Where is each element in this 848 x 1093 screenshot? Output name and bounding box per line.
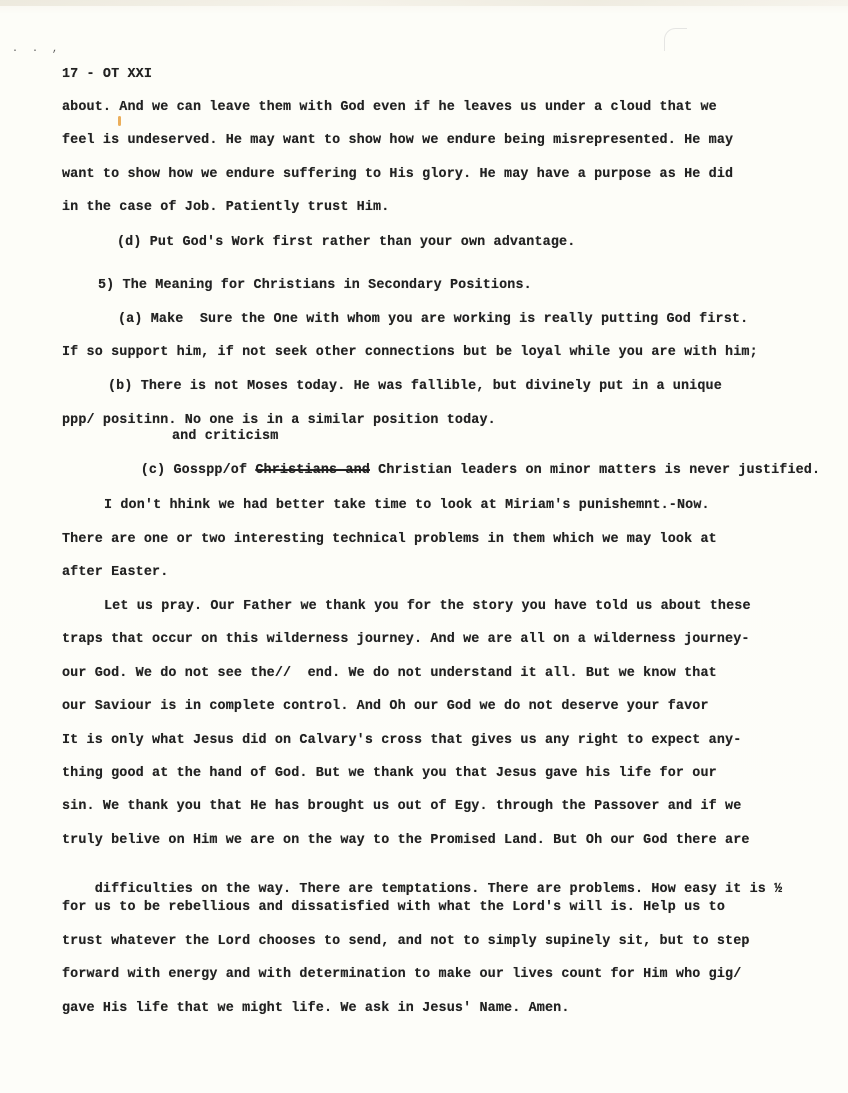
list-item-c-end: Christian leaders on minor matters is ne…: [370, 463, 820, 478]
text-line: about. And we can leave them with God ev…: [62, 100, 717, 116]
text-line: feel is undeserved. He may want to show …: [62, 133, 733, 149]
text-line: trust whatever the Lord chooses to send,…: [62, 934, 750, 950]
text-line: our God. We do not see the// end. We do …: [62, 666, 717, 682]
page-header: 17 - OT XXI: [62, 67, 152, 83]
text-line: want to show how we endure suffering to …: [62, 167, 733, 183]
paragraph-start: I don't hhink we had better take time to…: [104, 498, 710, 514]
paper-top-edge: [0, 0, 848, 6]
list-item-d: (d) Put God's Work first rather than you…: [117, 235, 575, 251]
list-item-c: (c) Gosspp/of Christians and Christian l…: [108, 447, 820, 495]
prayer-start: Let us pray. Our Father we thank you for…: [104, 599, 751, 615]
stray-marks: . . ,: [12, 44, 62, 55]
pencil-smudge: [664, 28, 687, 51]
handwritten-insert: and criticism: [172, 429, 278, 445]
text-line: in the case of Job. Patiently trust Him.: [62, 200, 389, 216]
text-line: for us to be rebellious and dissatisfied…: [62, 900, 725, 916]
text-line: It is only what Jesus did on Calvary's c…: [62, 733, 741, 749]
list-item-c-start: (c) Gosspp/of: [141, 463, 256, 478]
text-line: There are one or two interesting technic…: [62, 532, 717, 548]
text-line: gave His life that we might life. We ask…: [62, 1001, 570, 1017]
text-line-body: difficulties on the way. There are tempt…: [95, 882, 774, 897]
fraction-mark: ½: [774, 882, 782, 897]
orange-ink-mark: [118, 116, 121, 126]
struck-text: Christians and: [255, 463, 370, 478]
text-line: If so support him, if not seek other con…: [62, 345, 758, 361]
list-item-b: (b) There is not Moses today. He was fal…: [108, 379, 722, 395]
text-line: ppp/ positinn. No one is in a similar po…: [62, 413, 496, 429]
list-item-a: (a) Make Sure the One with whom you are …: [118, 312, 748, 328]
text-line: thing good at the hand of God. But we th…: [62, 766, 717, 782]
text-line: after Easter.: [62, 565, 168, 581]
text-line: traps that occur on this wilderness jour…: [62, 632, 750, 648]
section-heading: 5) The Meaning for Christians in Seconda…: [98, 278, 532, 294]
document-page: . . , 17 - OT XXI about. And we can leav…: [0, 0, 848, 1093]
text-line: sin. We thank you that He has brought us…: [62, 799, 741, 815]
text-line: forward with energy and with determinati…: [62, 967, 741, 983]
text-line: our Saviour is in complete control. And …: [62, 699, 709, 715]
text-line: truly belive on Him we are on the way to…: [62, 833, 750, 849]
